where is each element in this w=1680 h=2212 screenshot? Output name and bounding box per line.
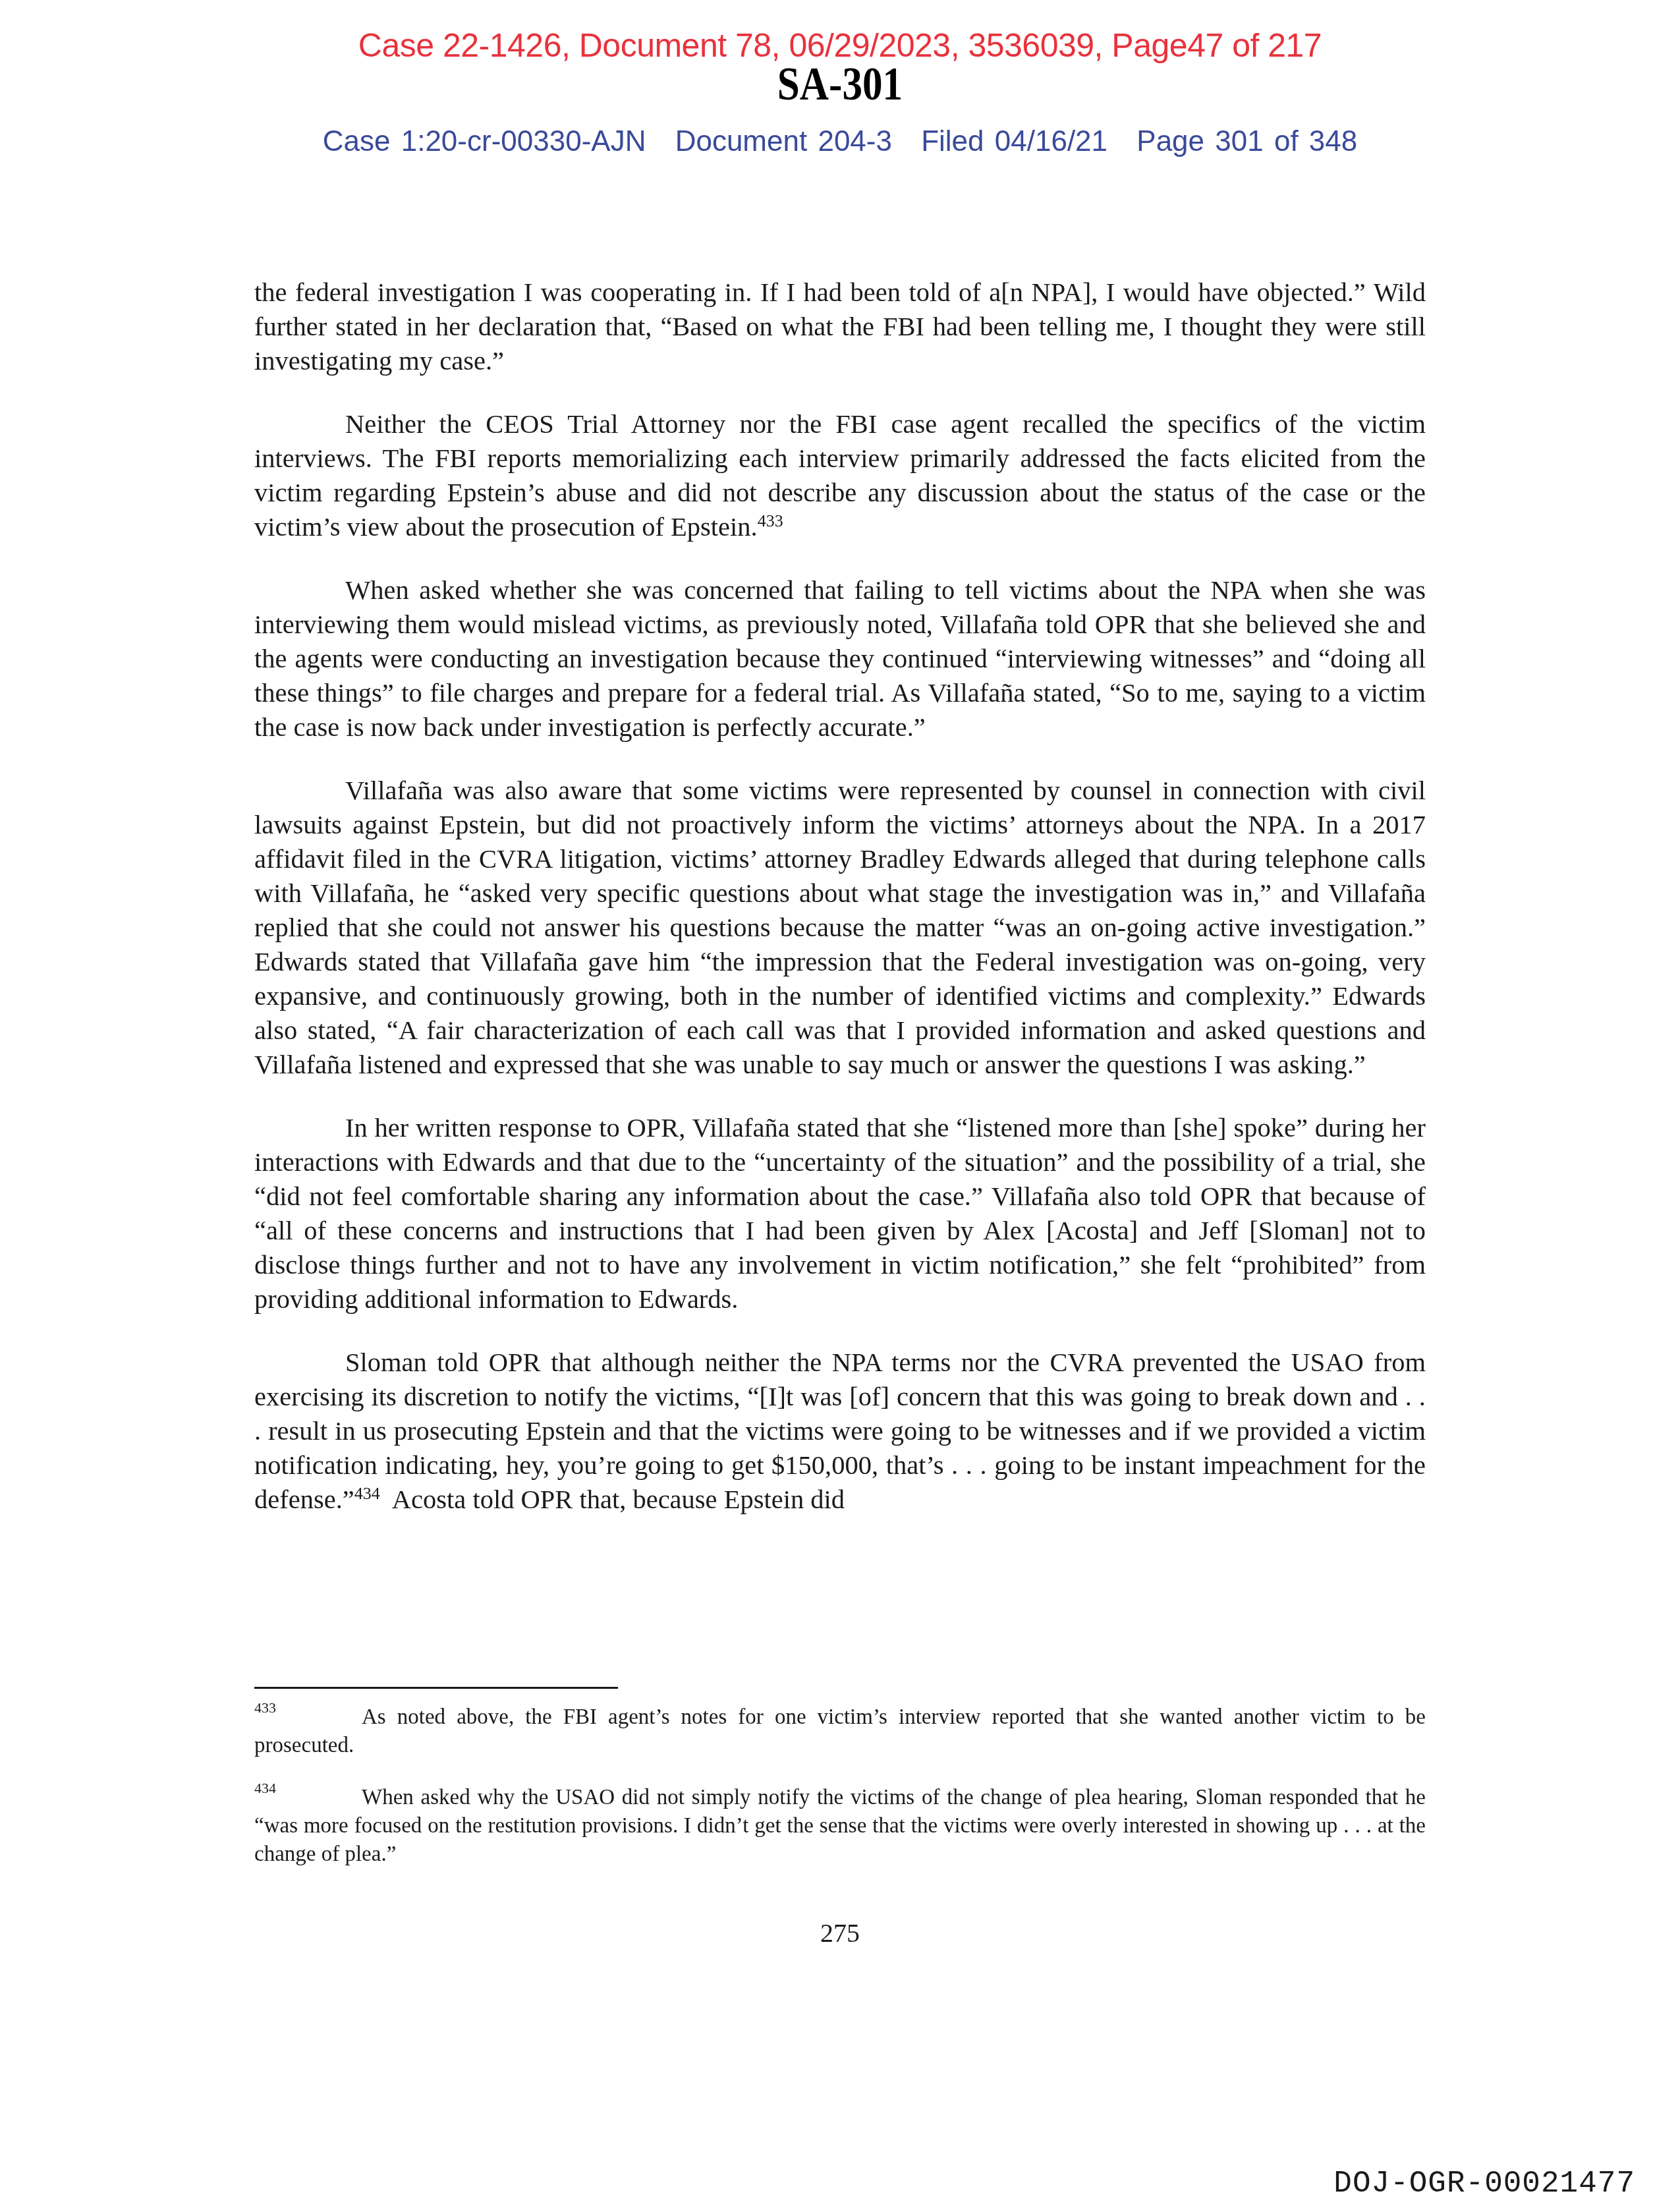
footnote-ref-433[interactable]: 433 xyxy=(758,511,783,530)
body-paragraph: the federal investigation I was cooperat… xyxy=(254,275,1426,378)
body-paragraph: Sloman told OPR that although neither th… xyxy=(254,1346,1426,1517)
footnote-text: As noted above, the FBI agent’s notes fo… xyxy=(254,1705,1426,1757)
footnote-434: 434When asked why the USAO did not simpl… xyxy=(254,1784,1426,1869)
footnote-number: 433 xyxy=(254,1699,276,1716)
document-body: the federal investigation I was cooperat… xyxy=(254,275,1426,1546)
footnote-ref-434[interactable]: 434 xyxy=(354,1484,380,1503)
district-page-count: Page 301 of 348 xyxy=(1136,125,1357,157)
district-case-number: Case 1:20-cr-00330-AJN xyxy=(323,125,646,157)
bates-number: DOJ-OGR-00021477 xyxy=(1333,2167,1635,2201)
footnote-number: 434 xyxy=(254,1780,276,1796)
page-number: 275 xyxy=(0,1917,1680,1948)
footnote-separator xyxy=(254,1687,618,1689)
appendix-page-label: SA-301 xyxy=(126,57,1554,111)
body-paragraph: In her written response to OPR, Villafañ… xyxy=(254,1111,1426,1317)
district-document-number: Document 204-3 xyxy=(675,125,892,157)
body-paragraph: Villafaña was also aware that some victi… xyxy=(254,774,1426,1082)
body-paragraph: Neither the CEOS Trial Attorney nor the … xyxy=(254,407,1426,544)
district-filed-date: Filed 04/16/21 xyxy=(921,125,1107,157)
footnote-433: 433As noted above, the FBI agent’s notes… xyxy=(254,1703,1426,1760)
footnote-text: When asked why the USAO did not simply n… xyxy=(254,1786,1426,1866)
body-paragraph: When asked whether she was concerned tha… xyxy=(254,573,1426,745)
district-case-stamp: Case 1:20-cr-00330-AJN Document 204-3 Fi… xyxy=(0,125,1680,158)
